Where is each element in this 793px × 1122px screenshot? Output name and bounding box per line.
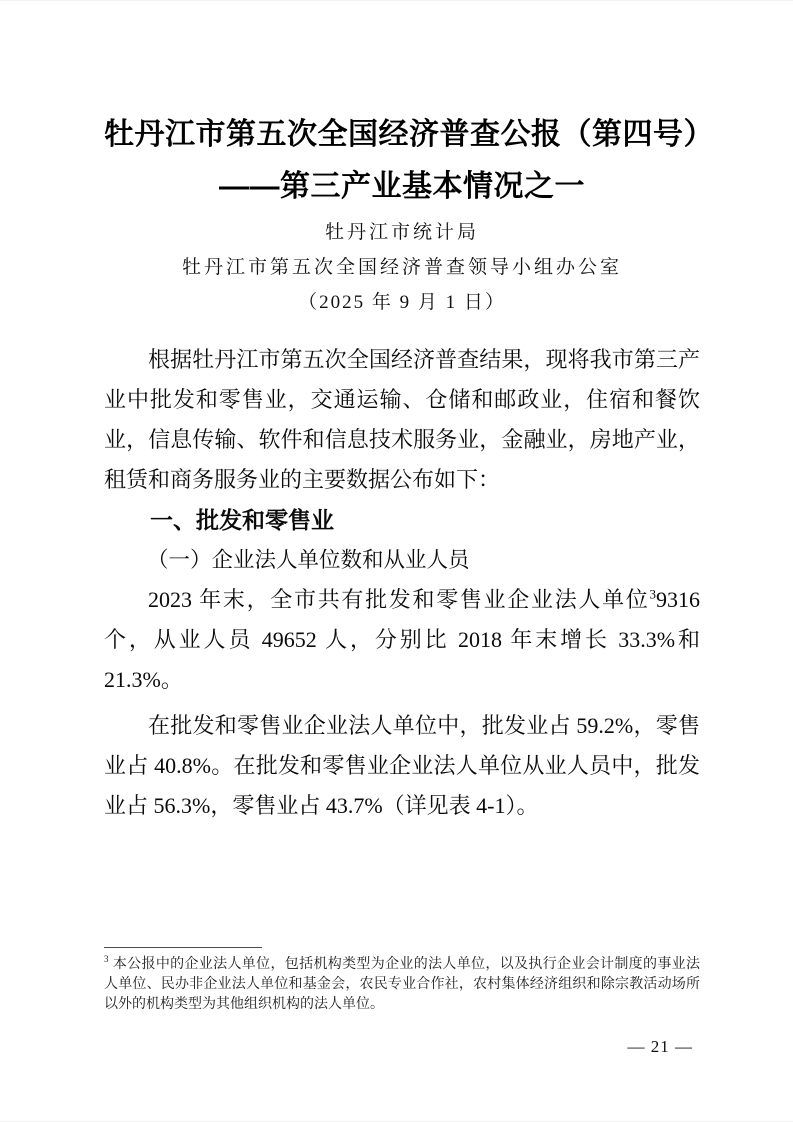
share-paragraph: 在批发和零售业企业法人单位中，批发业占 59.2%，零售业占 40.8%。在批发… xyxy=(104,706,700,826)
document-page: 牡丹江市第五次全国经济普查公报（第四号） ——第三产业基本情况之一 牡丹江市统计… xyxy=(0,0,793,1122)
page-number: — 21 — xyxy=(628,1037,694,1057)
document-title-line-2: ——第三产业基本情况之一 xyxy=(104,161,700,213)
byline-org-census-office: 牡丹江市第五次全国经济普查领导小组办公室 xyxy=(104,250,700,285)
document-content: 牡丹江市第五次全国经济普查公报（第四号） ——第三产业基本情况之一 牡丹江市统计… xyxy=(104,109,700,826)
byline-date: （2025 年 9 月 1 日） xyxy=(104,285,700,320)
subsection-heading-legal-entities: （一）企业法人单位数和从业人员 xyxy=(104,540,700,580)
footnote-text: 3本公报中的企业法人单位，包括机构类型为企业的法人单位，以及执行企业会计制度的事… xyxy=(104,955,700,1015)
footnote-body: 本公报中的企业法人单位，包括机构类型为企业的法人单位，以及执行企业会计制度的事业… xyxy=(104,957,700,1012)
body-text: 根据牡丹江市第五次全国经济普查结果，现将我市第三产业中批发和零售业，交通运输、仓… xyxy=(104,340,700,826)
footnote-marker: 3 xyxy=(104,954,109,964)
document-title-line-1: 牡丹江市第五次全国经济普查公报（第四号） xyxy=(104,109,700,161)
stats-paragraph-pre: 2023 年末，全市共有批发和零售业企业法人单位 xyxy=(148,587,650,612)
byline-org-statistics-bureau: 牡丹江市统计局 xyxy=(104,215,700,250)
stats-paragraph: 2023 年末，全市共有批发和零售业企业法人单位39316 个，从业人员 496… xyxy=(104,580,700,700)
document-title: 牡丹江市第五次全国经济普查公报（第四号） ——第三产业基本情况之一 xyxy=(104,109,700,213)
intro-paragraph: 根据牡丹江市第五次全国经济普查结果，现将我市第三产业中批发和零售业，交通运输、仓… xyxy=(104,340,700,500)
footnote-divider xyxy=(104,947,262,948)
section-heading-wholesale-retail: 一、批发和零售业 xyxy=(104,500,700,540)
byline: 牡丹江市统计局 牡丹江市第五次全国经济普查领导小组办公室 （2025 年 9 月… xyxy=(104,215,700,320)
footnote-area: 3本公报中的企业法人单位，包括机构类型为企业的法人单位，以及执行企业会计制度的事… xyxy=(104,947,700,1015)
